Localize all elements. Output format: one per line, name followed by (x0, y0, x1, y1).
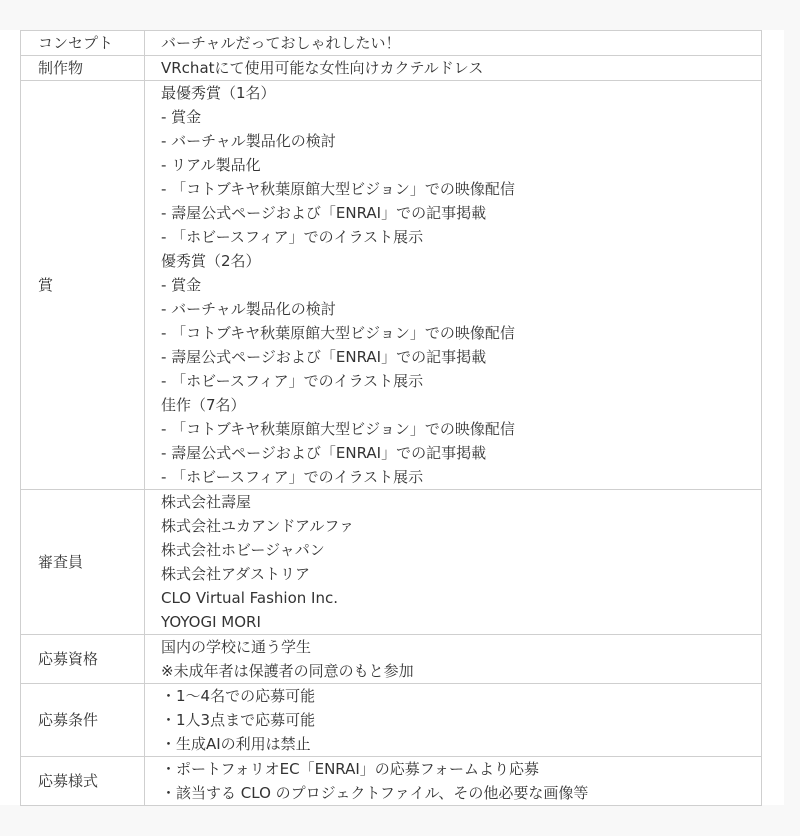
value-line: ・生成AIの利用は禁止 (161, 732, 745, 756)
award-heading: 佳作（7名） (161, 393, 745, 417)
row-label: 応募様式 (21, 757, 145, 806)
row-value: 国内の学校に通う学生 ※未成年者は保護者の同意のもと参加 (145, 635, 762, 684)
row-label: 制作物 (21, 56, 145, 81)
judge-name: 株式会社ユカアンドアルファ (161, 514, 745, 538)
row-label: 賞 (21, 81, 145, 490)
value-line: VRchatにて使用可能な女性向けカクテルドレス (161, 56, 745, 80)
value-line: - リアル製品化 (161, 153, 745, 177)
table-row-conditions: 応募条件 ・1～4名での応募可能 ・1人3点まで応募可能 ・生成AIの利用は禁止 (21, 684, 762, 757)
value-line: - 「コトブキヤ秋葉原館大型ビジョン」での映像配信 (161, 177, 745, 201)
table-row-judges: 審査員 株式会社壽屋 株式会社ユカアンドアルファ 株式会社ホビージャパン 株式会… (21, 490, 762, 635)
row-value: 最優秀賞（1名） - 賞金 - バーチャル製品化の検討 - リアル製品化 - 「… (145, 81, 762, 490)
table-row-submission-format: 応募様式 ・ポートフォリオEC「ENRAI」の応募フォームより応募 ・該当する … (21, 757, 762, 806)
value-line: - 「ホビースフィア」でのイラスト展示 (161, 369, 745, 393)
row-label: 応募資格 (21, 635, 145, 684)
value-line: 国内の学校に通う学生 (161, 635, 745, 659)
value-line: - 「ホビースフィア」でのイラスト展示 (161, 465, 745, 489)
row-label: 審査員 (21, 490, 145, 635)
value-line: - バーチャル製品化の検討 (161, 297, 745, 321)
contest-info-table: コンセプト バーチャルだっておしゃれしたい！ 制作物 VRchatにて使用可能な… (20, 30, 762, 806)
judge-name: 株式会社壽屋 (161, 490, 745, 514)
value-line: - 壽屋公式ページおよび「ENRAI」での記事掲載 (161, 441, 745, 465)
judge-name: YOYOGI MORI (161, 610, 745, 634)
value-line: ・1人3点まで応募可能 (161, 708, 745, 732)
row-value: ・1～4名での応募可能 ・1人3点まで応募可能 ・生成AIの利用は禁止 (145, 684, 762, 757)
row-value: 株式会社壽屋 株式会社ユカアンドアルファ 株式会社ホビージャパン 株式会社アダス… (145, 490, 762, 635)
page-content: コンセプト バーチャルだっておしゃれしたい！ 制作物 VRchatにて使用可能な… (0, 30, 784, 805)
row-value: VRchatにて使用可能な女性向けカクテルドレス (145, 56, 762, 81)
table-row-concept: コンセプト バーチャルだっておしゃれしたい！ (21, 31, 762, 56)
table-row-work: 制作物 VRchatにて使用可能な女性向けカクテルドレス (21, 56, 762, 81)
judge-name: 株式会社ホビージャパン (161, 538, 745, 562)
award-heading: 最優秀賞（1名） (161, 81, 745, 105)
value-line: - 賞金 (161, 273, 745, 297)
value-line: - 「ホビースフィア」でのイラスト展示 (161, 225, 745, 249)
value-line: - 「コトブキヤ秋葉原館大型ビジョン」での映像配信 (161, 417, 745, 441)
table-row-awards: 賞 最優秀賞（1名） - 賞金 - バーチャル製品化の検討 - リアル製品化 -… (21, 81, 762, 490)
table-row-eligibility: 応募資格 国内の学校に通う学生 ※未成年者は保護者の同意のもと参加 (21, 635, 762, 684)
value-line: バーチャルだっておしゃれしたい！ (161, 31, 745, 55)
row-value: バーチャルだっておしゃれしたい！ (145, 31, 762, 56)
award-heading: 優秀賞（2名） (161, 249, 745, 273)
value-line: - バーチャル製品化の検討 (161, 129, 745, 153)
row-value: ・ポートフォリオEC「ENRAI」の応募フォームより応募 ・該当する CLO の… (145, 757, 762, 806)
value-line: ・1～4名での応募可能 (161, 684, 745, 708)
value-line: ・ポートフォリオEC「ENRAI」の応募フォームより応募 (161, 757, 745, 781)
judge-name: CLO Virtual Fashion Inc. (161, 586, 745, 610)
judge-name: 株式会社アダストリア (161, 562, 745, 586)
value-line: - 壽屋公式ページおよび「ENRAI」での記事掲載 (161, 201, 745, 225)
row-label: 応募条件 (21, 684, 145, 757)
value-line: - 「コトブキヤ秋葉原館大型ビジョン」での映像配信 (161, 321, 745, 345)
value-line: ・該当する CLO のプロジェクトファイル、その他必要な画像等 (161, 781, 745, 805)
value-line: ※未成年者は保護者の同意のもと参加 (161, 659, 745, 683)
value-line: - 賞金 (161, 105, 745, 129)
row-label: コンセプト (21, 31, 145, 56)
value-line: - 壽屋公式ページおよび「ENRAI」での記事掲載 (161, 345, 745, 369)
